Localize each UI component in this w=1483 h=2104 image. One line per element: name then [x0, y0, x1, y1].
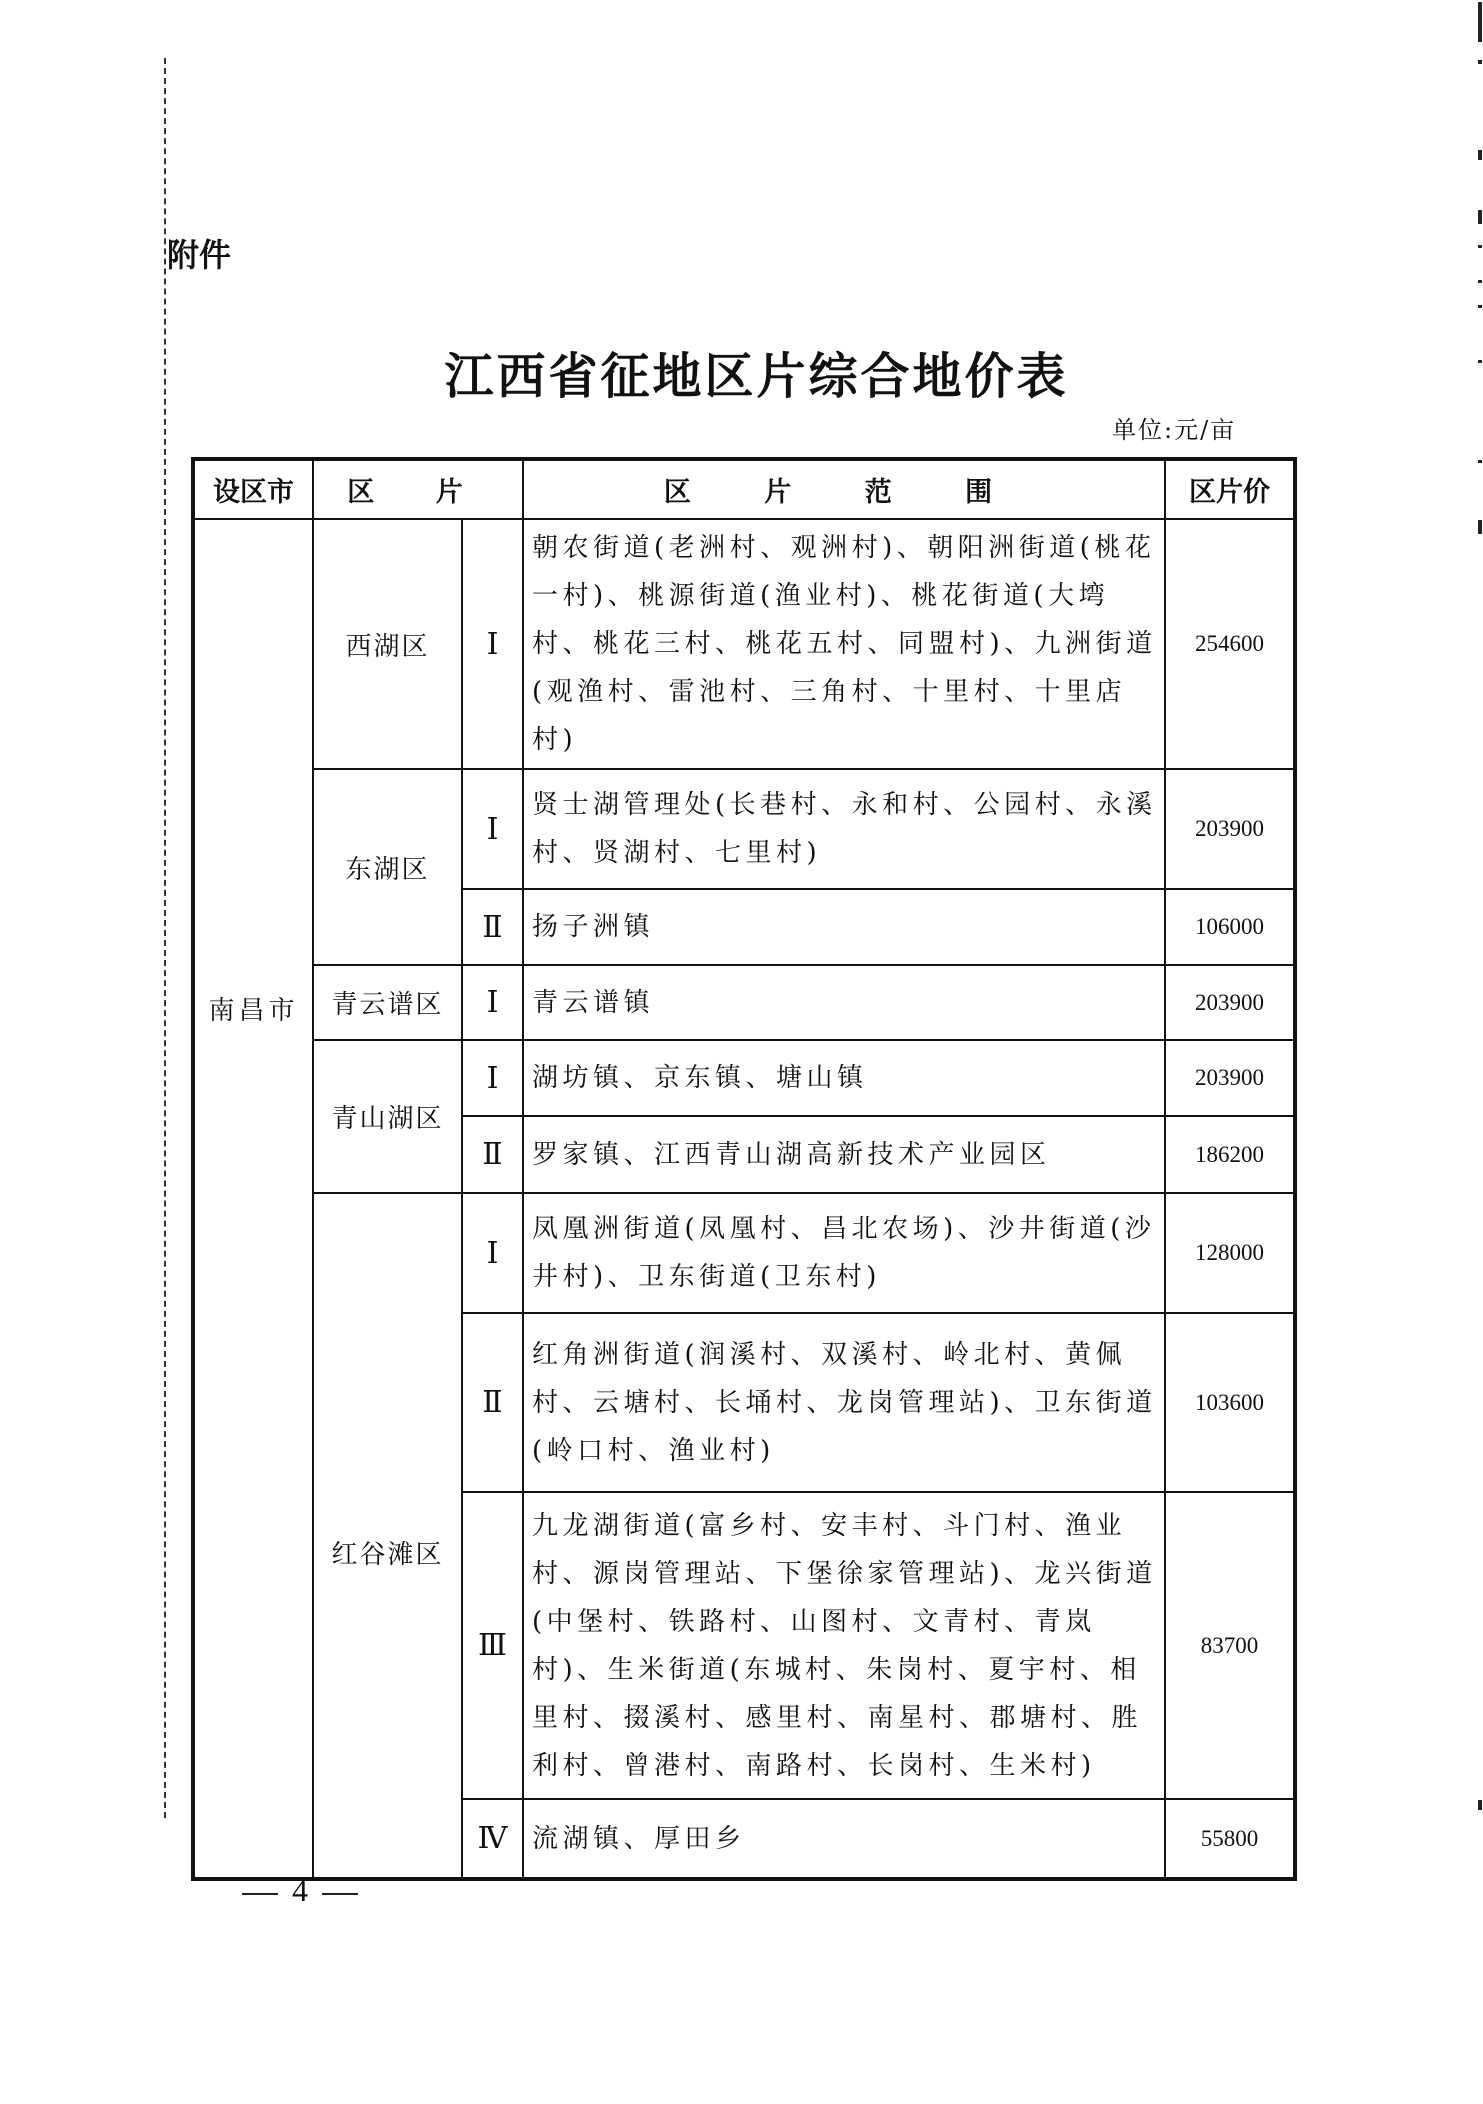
zone-price: 254600 [1165, 519, 1295, 769]
zone-range: 红角洲街道(润溪村、双溪村、岭北村、黄佩村、云塘村、长埇村、龙岗管理站)、卫东街… [523, 1313, 1165, 1492]
zone-range: 凤凰洲街道(凤凰村、昌北农场)、沙井街道(沙井村)、卫东街道(卫东村) [523, 1193, 1165, 1313]
header-zone: 区 片 [313, 459, 523, 519]
scan-edge-right-mark [1478, 460, 1482, 463]
table-row: 青云谱区 Ⅰ 青云谱镇 203900 [193, 965, 1295, 1040]
zone-range: 贤士湖管理处(长巷村、永和村、公园村、永溪村、贤湖村、七里村) [523, 769, 1165, 889]
zone-price: 203900 [1165, 769, 1295, 889]
zone-level: Ⅱ [462, 1313, 523, 1492]
zone-range: 朝农街道(老洲村、观洲村)、朝阳洲街道(桃花一村)、桃源街道(渔业村)、桃花街道… [523, 519, 1165, 769]
page-number-value: 4 [292, 1872, 308, 1908]
district-cell: 红谷滩区 [313, 1193, 462, 1879]
zone-level: Ⅰ [462, 519, 523, 769]
scan-edge-right-mark [1478, 520, 1482, 534]
city-cell: 南昌市 [193, 519, 313, 1879]
zone-level: Ⅲ [462, 1492, 523, 1799]
scan-edge-right-mark [1478, 150, 1482, 160]
zone-range: 湖坊镇、京东镇、塘山镇 [523, 1040, 1165, 1116]
zone-level: Ⅰ [462, 965, 523, 1040]
zone-price: 106000 [1165, 889, 1295, 965]
zone-level: Ⅰ [462, 769, 523, 889]
table-row: 东湖区 Ⅰ 贤士湖管理处(长巷村、永和村、公园村、永溪村、贤湖村、七里村) 20… [193, 769, 1295, 889]
scan-edge-right-mark [1478, 210, 1482, 224]
zone-range: 扬子洲镇 [523, 889, 1165, 965]
table-header-row: 设区市 区 片 区 片 范 围 区片价 [193, 459, 1295, 519]
district-cell: 东湖区 [313, 769, 462, 965]
district-cell: 西湖区 [313, 519, 462, 769]
zone-range: 九龙湖街道(富乡村、安丰村、斗门村、渔业村、源岗管理站、下堡徐家管理站)、龙兴街… [523, 1492, 1165, 1799]
page-dash-left [242, 1893, 278, 1895]
zone-price: 203900 [1165, 1040, 1295, 1116]
table-row: 青山湖区 Ⅰ 湖坊镇、京东镇、塘山镇 203900 [193, 1040, 1295, 1116]
zone-range: 青云谱镇 [523, 965, 1165, 1040]
scan-edge-right-mark [1478, 305, 1482, 308]
district-cell: 青云谱区 [313, 965, 462, 1040]
scan-edge-left [164, 58, 166, 1818]
scan-edge-right-mark [1478, 245, 1482, 248]
header-price: 区片价 [1165, 459, 1295, 519]
zone-range: 罗家镇、江西青山湖高新技术产业园区 [523, 1116, 1165, 1193]
zone-level: Ⅰ [462, 1040, 523, 1116]
zone-price: 103600 [1165, 1313, 1295, 1492]
zone-range: 流湖镇、厚田乡 [523, 1799, 1165, 1879]
header-city: 设区市 [193, 459, 313, 519]
district-cell: 青山湖区 [313, 1040, 462, 1193]
zone-price: 83700 [1165, 1492, 1295, 1799]
land-price-table: 设区市 区 片 区 片 范 围 区片价 南昌市 西湖区 Ⅰ 朝农街道(老洲村、观… [191, 457, 1293, 1839]
table-row: 红谷滩区 Ⅰ 凤凰洲街道(凤凰村、昌北农场)、沙井街道(沙井村)、卫东街道(卫东… [193, 1193, 1295, 1313]
zone-price: 55800 [1165, 1799, 1295, 1879]
zone-level: Ⅰ [462, 1193, 523, 1313]
header-range: 区 片 范 围 [523, 459, 1165, 519]
page-dash-right [322, 1893, 358, 1895]
scan-edge-right-mark [1478, 60, 1482, 64]
scan-edge-right-mark [1478, 1800, 1482, 1810]
page-number: 4 [228, 1872, 372, 1909]
zone-level: Ⅱ [462, 1116, 523, 1193]
table-row: 南昌市 西湖区 Ⅰ 朝农街道(老洲村、观洲村)、朝阳洲街道(桃花一村)、桃源街道… [193, 519, 1295, 769]
zone-level: Ⅱ [462, 889, 523, 965]
zone-price: 128000 [1165, 1193, 1295, 1313]
document-title: 江西省征地区片综合地价表 [0, 338, 1483, 408]
scan-edge-right-mark [1478, 2, 1482, 42]
scan-edge-right-mark [1478, 280, 1482, 283]
attachment-label: 附件 [167, 230, 231, 276]
zone-price: 203900 [1165, 965, 1295, 1040]
zone-level: Ⅳ [462, 1799, 523, 1879]
unit-label: 单位:元/亩 [1112, 410, 1236, 445]
zone-price: 186200 [1165, 1116, 1295, 1193]
